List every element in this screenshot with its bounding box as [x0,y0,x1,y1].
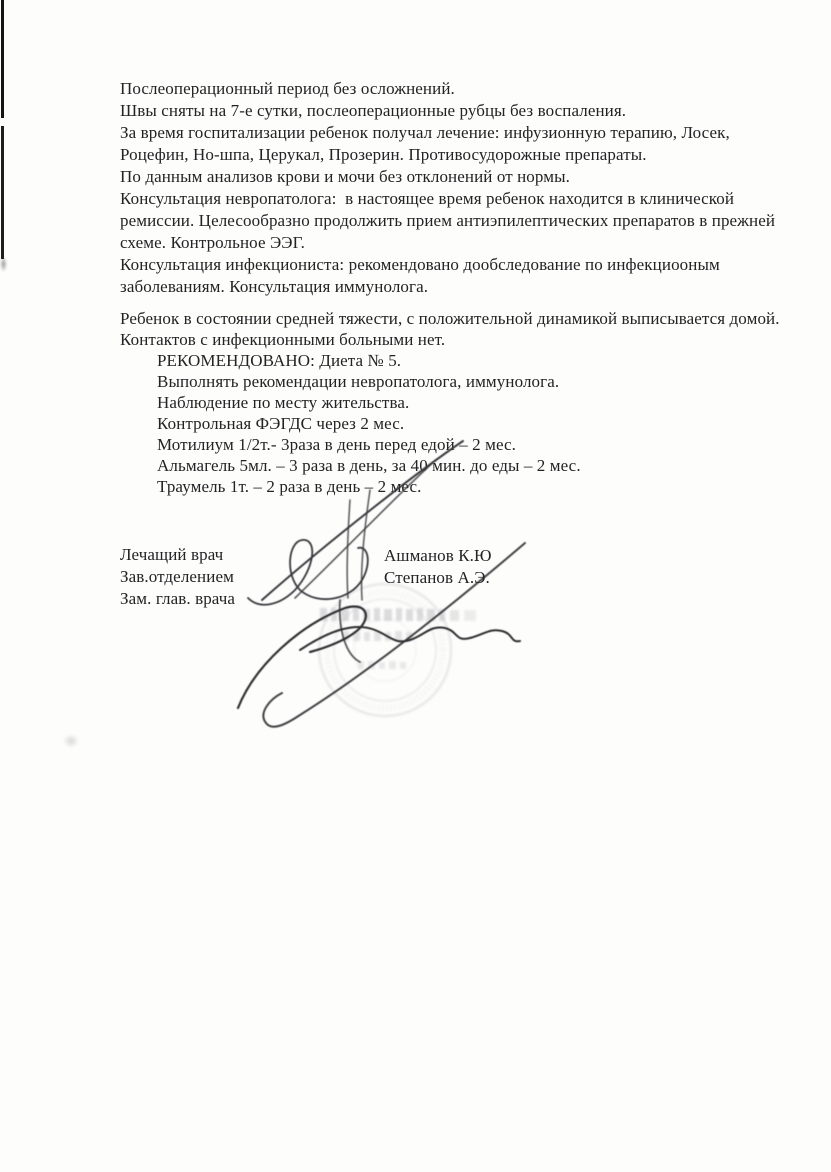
doc-line: Роцефин, Но-шпа, Церукал, Прозерин. Прот… [120,144,775,166]
scan-edge-artifact [1,126,4,259]
doc-line: заболеваниям. Консультация иммунолога. [120,276,775,298]
doc-line: Консультация невропатолога: в настоящее … [120,188,775,210]
doc-line: Швы сняты на 7-е сутки, послеоперационны… [120,100,775,122]
scanned-discharge-summary-page: Послеоперационный период без осложнений.… [0,0,831,1172]
doc-line: Послеоперационный период без осложнений. [120,78,775,100]
signatures-and-stamp-graphic [180,415,580,775]
recommendation-line: Наблюдение по месту жительства. [120,392,780,413]
doc-line: ремиссии. Целесообразно продолжить прием… [120,210,775,232]
recommendation-line: Выполнять рекомендации невропатолога, им… [120,371,780,392]
doc-line: Консультация инфекциониста: рекомендован… [120,254,775,276]
scan-edge-artifact [1,0,4,118]
scan-smudge [63,734,79,748]
doc-line: За время госпитализации ребенок получал … [120,122,775,144]
doc-line: По данным анализов крови и мочи без откл… [120,166,775,188]
scan-edge-artifact [0,256,7,272]
doc-line: Ребенок в состоянии средней тяжести, с п… [120,308,780,329]
doc-line: Контактов с инфекционными больными нет. [120,329,780,350]
signature-department-head [238,543,525,727]
recommendations-heading-line: РЕКОМЕНДОВАНО: Диета № 5. [120,350,780,371]
doc-line: схеме. Контрольное ЭЭГ. [120,232,775,254]
clinical-course-paragraph: Послеоперационный период без осложнений.… [120,78,775,298]
